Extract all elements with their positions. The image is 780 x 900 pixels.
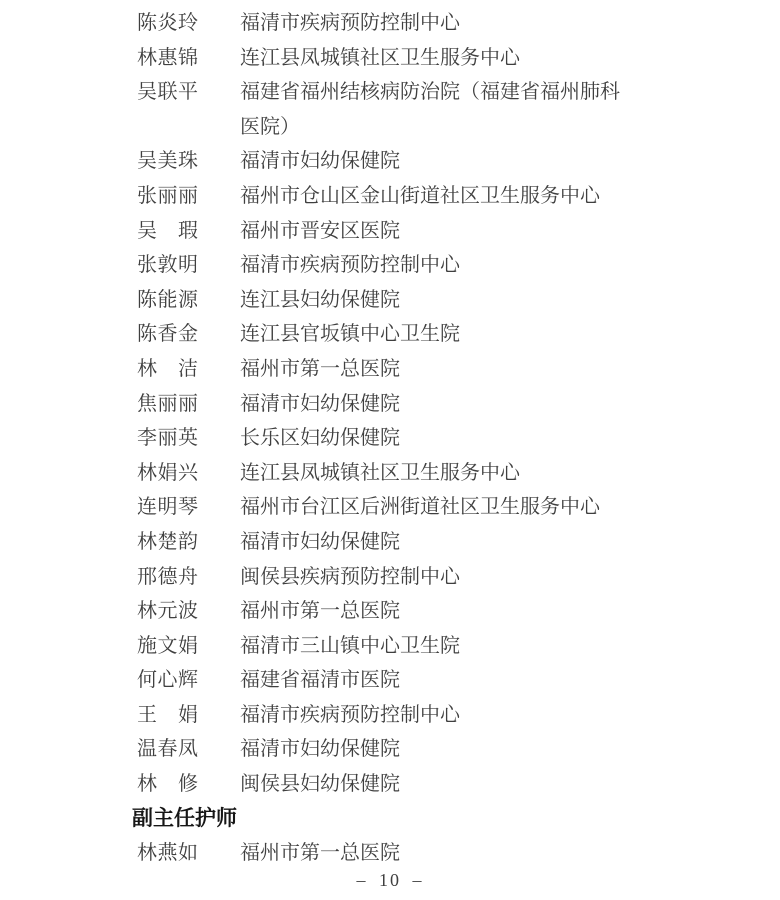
organization-name: 福清市妇幼保健院 [240,387,626,422]
organization-name: 闽侯县妇幼保健院 [240,767,626,802]
organization-name: 福州市台江区后洲街道社区卫生服务中心 [240,490,626,525]
organization-name: 福州市仓山区金山街道社区卫生服务中心 [240,179,626,214]
organization-name: 福州市第一总医院 [240,352,626,387]
roster-row: 陈香金 连江县官坂镇中心卫生院 [137,317,647,352]
organization-name: 福州市第一总医院 [240,594,626,629]
roster-row: 何心辉 福建省福清市医院 [137,663,647,698]
person-name: 吴瑕 [137,214,198,249]
roster-list-continued: 陈炎玲 福清市疾病预防控制中心 林惠锦 连江县凤城镇社区卫生服务中心 吴联平 福… [137,6,647,802]
person-name: 林惠锦 [137,41,198,76]
person-name: 焦丽丽 [137,387,198,422]
organization-name: 闽侯县疾病预防控制中心 [240,560,626,595]
person-name: 陈香金 [137,317,198,352]
person-name: 邢德舟 [137,560,198,595]
roster-row: 吴联平 福建省福州结核病防治院（福建省福州肺科医院） [137,75,647,144]
roster-list-deputy-chief-nurse: 林燕如 福州市第一总医院 [137,836,647,871]
roster-row: 陈能源 连江县妇幼保健院 [137,283,647,318]
person-name: 张丽丽 [137,179,198,214]
roster-row: 邢德舟 闽侯县疾病预防控制中心 [137,560,647,595]
person-name: 林元波 [137,594,198,629]
person-name: 吴美珠 [137,144,198,179]
roster-row: 王娟 福清市疾病预防控制中心 [137,698,647,733]
roster-row: 林惠锦 连江县凤城镇社区卫生服务中心 [137,41,647,76]
person-name: 温春凤 [137,732,198,767]
person-name: 林修 [137,767,198,802]
roster-row: 林燕如 福州市第一总医院 [137,836,647,871]
page-number: – 10 – [0,870,780,891]
organization-name: 福建省福清市医院 [240,663,626,698]
organization-name: 福州市第一总医院 [240,836,626,871]
organization-name: 福清市疾病预防控制中心 [240,248,626,283]
roster-row: 张丽丽 福州市仓山区金山街道社区卫生服务中心 [137,179,647,214]
person-name: 林娟兴 [137,456,198,491]
roster-row: 林元波 福州市第一总医院 [137,594,647,629]
organization-name: 连江县官坂镇中心卫生院 [240,317,626,352]
document-page: 陈炎玲 福清市疾病预防控制中心 林惠锦 连江县凤城镇社区卫生服务中心 吴联平 福… [0,0,780,900]
roster-row: 温春凤 福清市妇幼保健院 [137,732,647,767]
person-name: 陈炎玲 [137,6,198,41]
roster-row: 林娟兴 连江县凤城镇社区卫生服务中心 [137,456,647,491]
person-name: 连明琴 [137,490,198,525]
organization-name: 连江县凤城镇社区卫生服务中心 [240,456,626,491]
section-heading-deputy-chief-nurse: 副主任护师 [132,802,647,837]
document-body: 陈炎玲 福清市疾病预防控制中心 林惠锦 连江县凤城镇社区卫生服务中心 吴联平 福… [137,6,647,871]
roster-row: 林楚韵 福清市妇幼保健院 [137,525,647,560]
person-name: 林燕如 [137,836,198,871]
roster-row: 施文娟 福清市三山镇中心卫生院 [137,629,647,664]
person-name: 施文娟 [137,629,198,664]
roster-row: 张敦明 福清市疾病预防控制中心 [137,248,647,283]
organization-name: 福清市妇幼保健院 [240,525,626,560]
person-name: 林洁 [137,352,198,387]
roster-row: 林修 闽侯县妇幼保健院 [137,767,647,802]
person-name: 林楚韵 [137,525,198,560]
organization-name: 福清市妇幼保健院 [240,144,626,179]
organization-name: 长乐区妇幼保健院 [240,421,626,456]
roster-row: 吴美珠 福清市妇幼保健院 [137,144,647,179]
person-name: 李丽英 [137,421,198,456]
person-name: 陈能源 [137,283,198,318]
roster-row: 林洁 福州市第一总医院 [137,352,647,387]
roster-row: 李丽英 长乐区妇幼保健院 [137,421,647,456]
organization-name: 福建省福州结核病防治院（福建省福州肺科医院） [240,75,626,144]
roster-row: 吴瑕 福州市晋安区医院 [137,214,647,249]
person-name: 张敦明 [137,248,198,283]
organization-name: 连江县妇幼保健院 [240,283,626,318]
organization-name: 福州市晋安区医院 [240,214,626,249]
roster-row: 连明琴 福州市台江区后洲街道社区卫生服务中心 [137,490,647,525]
organization-name: 福清市疾病预防控制中心 [240,698,626,733]
person-name: 何心辉 [137,663,198,698]
organization-name: 福清市妇幼保健院 [240,732,626,767]
organization-name: 连江县凤城镇社区卫生服务中心 [240,41,626,76]
person-name: 王娟 [137,698,198,733]
roster-row: 陈炎玲 福清市疾病预防控制中心 [137,6,647,41]
roster-row: 焦丽丽 福清市妇幼保健院 [137,387,647,422]
organization-name: 福清市三山镇中心卫生院 [240,629,626,664]
organization-name: 福清市疾病预防控制中心 [240,6,626,41]
person-name: 吴联平 [137,75,198,110]
